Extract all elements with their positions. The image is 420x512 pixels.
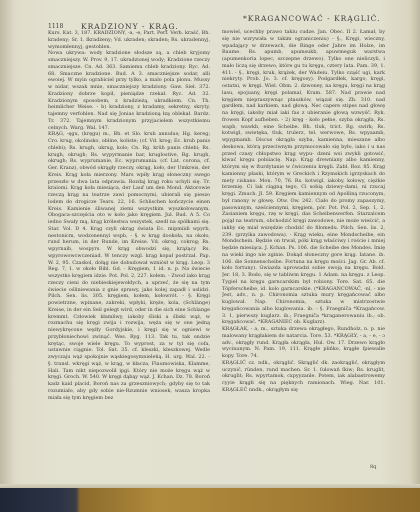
entry-kradziony-examples: Nowa ukrywa: wody kradzione słodsze są, … [48, 50, 210, 131]
right-column: mowiel, ucechby prawo takiu cudze. Jan. … [222, 29, 385, 449]
entry-kradziony-start: Kurs. Kat. 3, 187. KRADZIONY, -a, -e, Pa… [48, 30, 210, 50]
dictionary-page: 1118 KRADZIONY - KRĄG. *KRAGANCOWAĆ - KR… [0, 0, 420, 490]
signature-mark: 8q [370, 464, 376, 470]
binding-gutter-shadow [0, 0, 14, 490]
entry-kraglak: KRĄGŁAK, - a, m., sztuka drzewa okrągłeg… [222, 326, 385, 360]
page-number: 1118 [48, 23, 63, 30]
book-cover-and-table [0, 488, 420, 512]
right-running-head: *KRAGANCOWAĆ - KRĄGLIĆ. [243, 14, 381, 23]
left-column: Kurs. Kat. 3, 187. KRADZIONY, -a, -e, Pa… [48, 30, 210, 458]
entry-kraglic: KRĄGLIĆ cz. ndk., okrąglić. Skrąglić dk.… [222, 360, 385, 394]
entry-krag: KRĄG, -ęgu, (kręgu) m., Bh. et Slo. kruh… [48, 131, 210, 401]
entry-krag-continued: mowiel, ucechby prawo takiu cudze. Jan. … [222, 29, 385, 326]
